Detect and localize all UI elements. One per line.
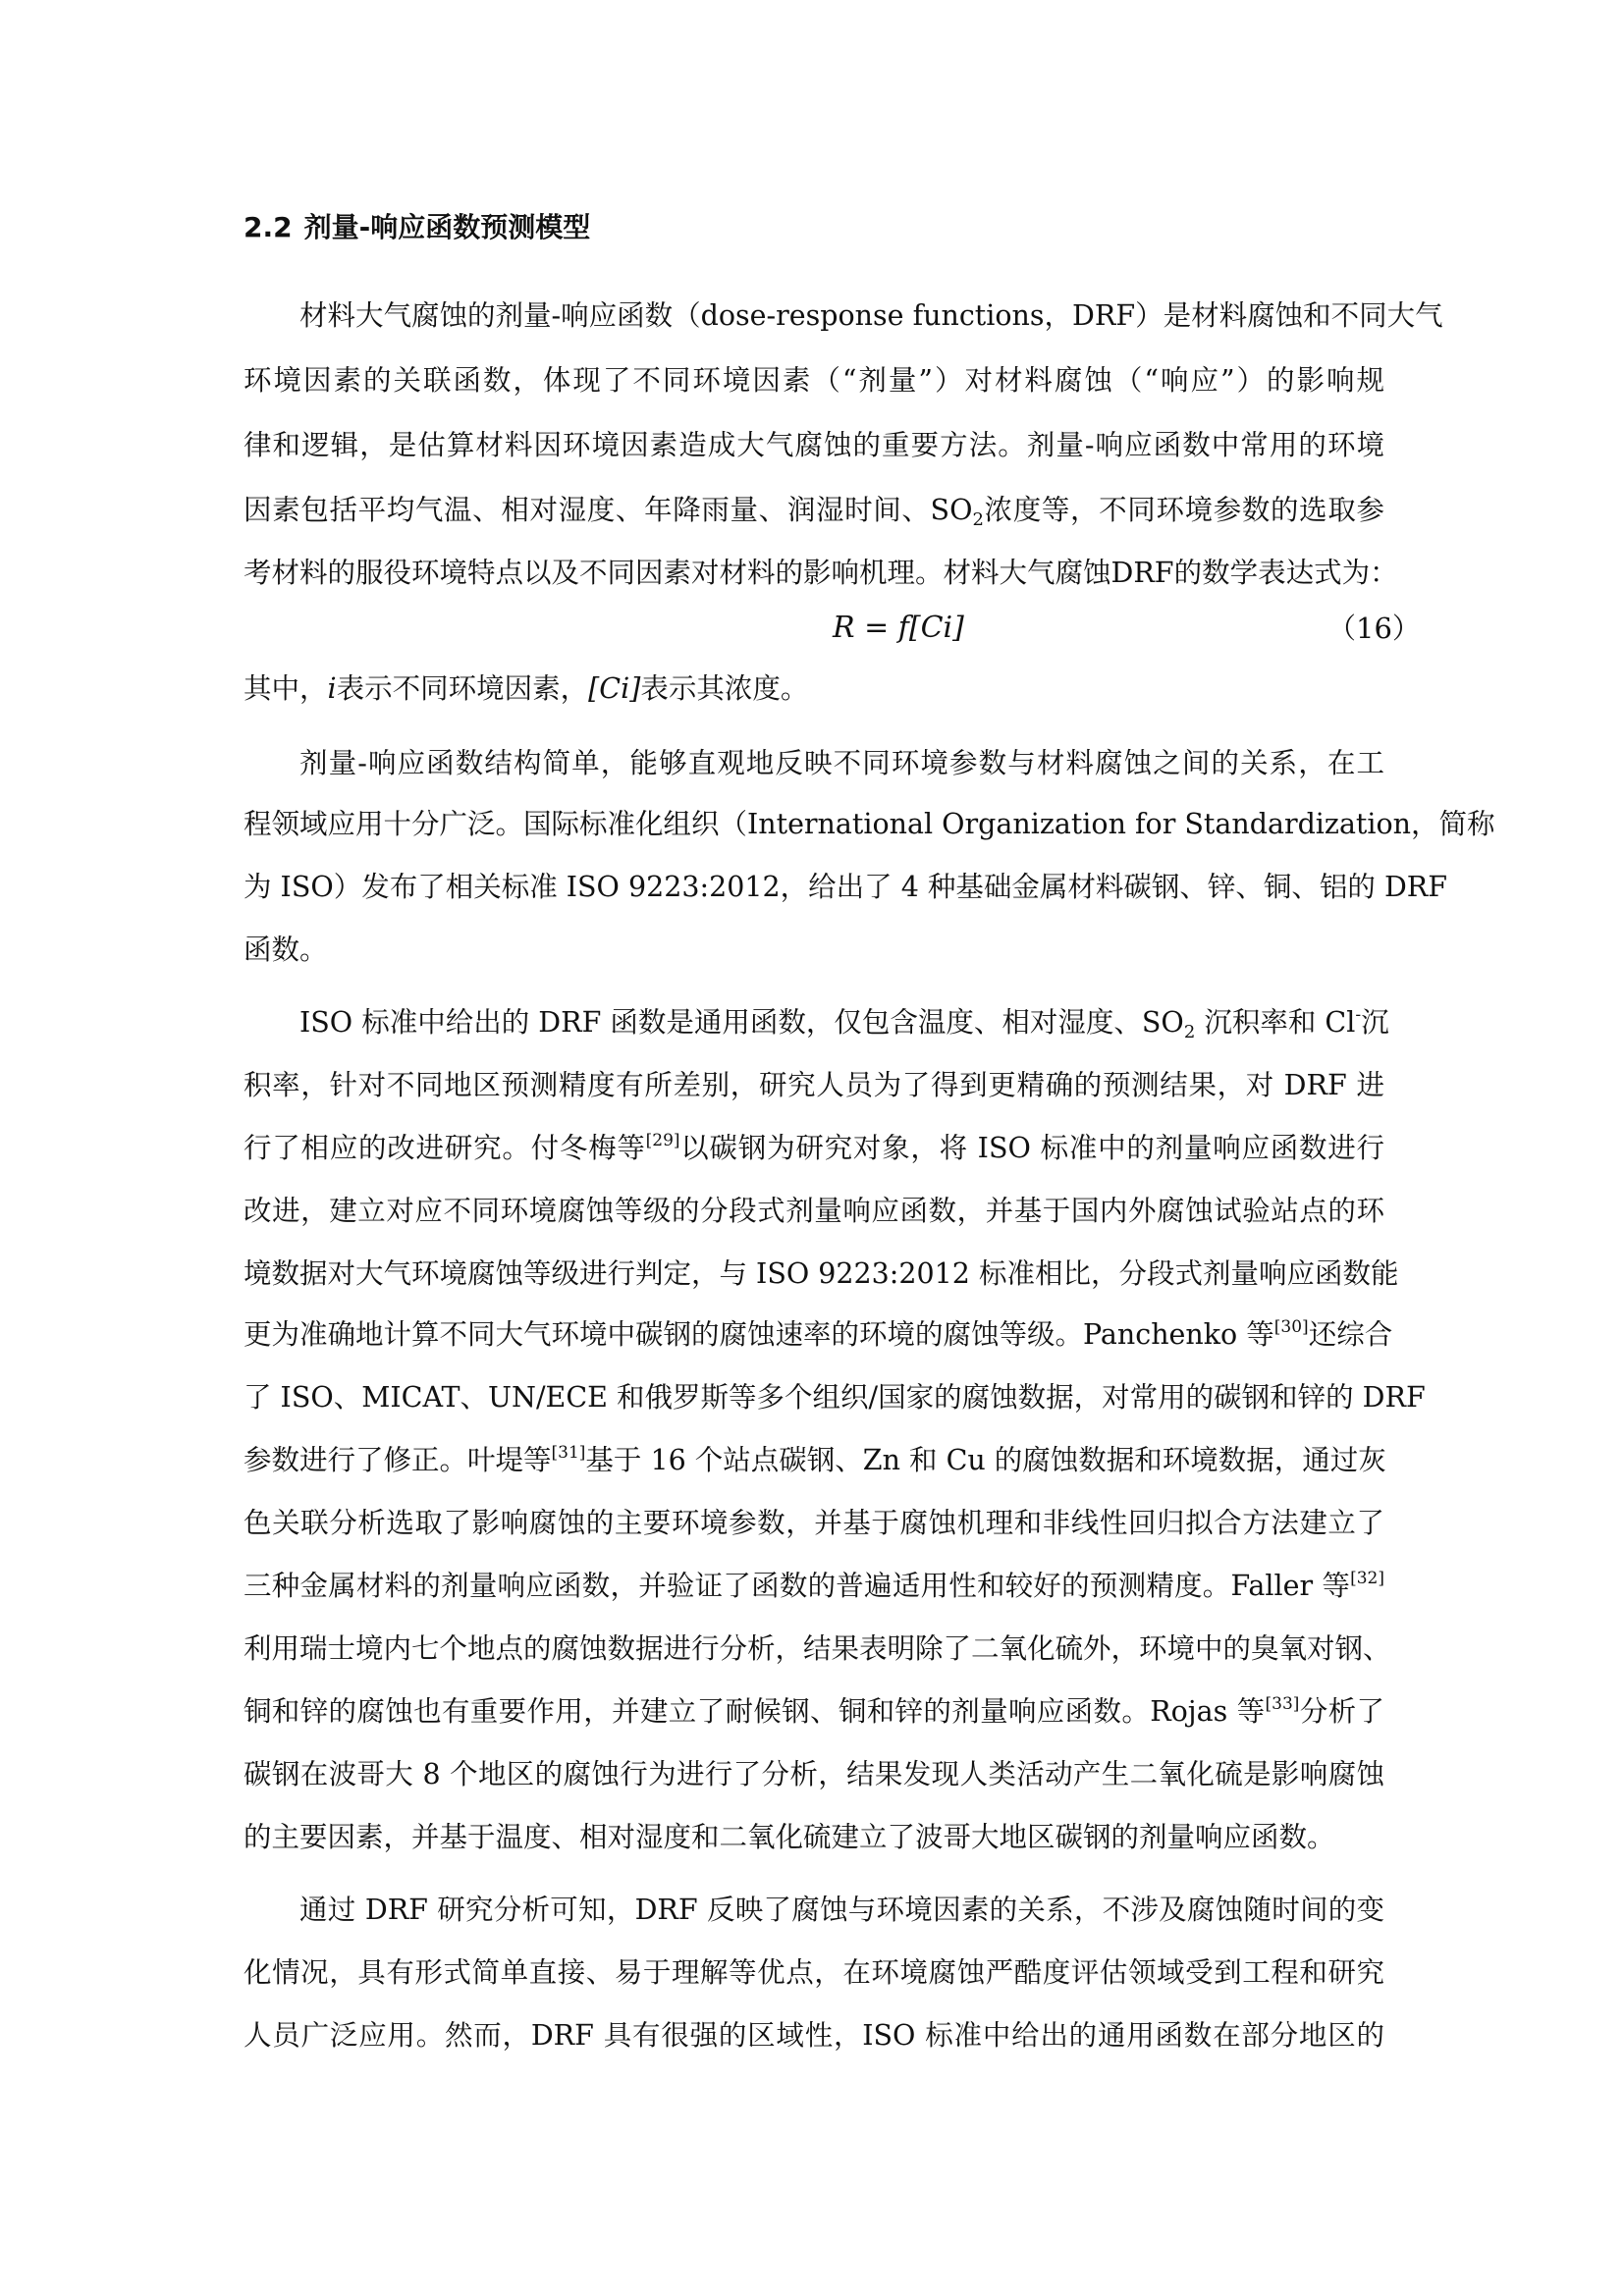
- paragraph-line: 铜和锌的腐蚀也有重要作用，并建立了耐候钢、铜和锌的剂量响应函数。Rojas 等[…: [244, 1692, 1384, 1732]
- text-run: 因素包括平均气温、相对湿度、年降雨量、润湿时间、SO: [244, 494, 972, 526]
- paragraph-line: 通过 DRF 研究分析可知，DRF 反映了腐蚀与环境因素的关系，不涉及腐蚀随时间…: [299, 1891, 1384, 1930]
- text-run: 三种金属材料的剂量响应函数，并验证了函数的普遍适用性和较好的预测精度。Falle…: [244, 1570, 1350, 1602]
- paragraph-line: 化情况，具有形式简单直接、易于理解等优点，在环境腐蚀严酷度评估领域受到工程和研究: [244, 1953, 1384, 1993]
- subscript: 2: [1184, 1022, 1195, 1042]
- text-run: 分析了: [1299, 1695, 1384, 1728]
- text-run: 表示其浓度。: [640, 672, 808, 705]
- citation-ref: [31]: [552, 1443, 586, 1463]
- paragraph-line: 函数。: [244, 931, 1384, 970]
- paragraph-line: 为 ISO）发布了相关标准 ISO 9223:2012，给出了 4 种基础金属材…: [244, 868, 1384, 907]
- text-run: 其中，: [244, 672, 328, 705]
- paragraph-line: 程领域应用十分广泛。国际标准化组织（International Organiza…: [244, 805, 1384, 844]
- text-run: ISO 标准中给出的 DRF 函数是通用函数，仅包含温度、相对湿度、SO: [299, 1006, 1184, 1039]
- text-run: 沉积率和 Cl: [1195, 1006, 1355, 1039]
- paragraph-line: 境数据对大气环境腐蚀等级进行判定，与 ISO 9223:2012 标准相比，分段…: [244, 1255, 1384, 1294]
- paragraph-line: 行了相应的改进研究。付冬梅等[29]以碳钢为研究对象，将 ISO 标准中的剂量响…: [244, 1129, 1384, 1168]
- paragraph-line: 的主要因素，并基于温度、相对湿度和二氧化硫建立了波哥大地区碳钢的剂量响应函数。: [244, 1818, 1384, 1857]
- paragraph-line: 考材料的服役环境特点以及不同因素对材料的影响机理。材料大气腐蚀DRF的数学表达式…: [244, 554, 1384, 593]
- paragraph-line: 三种金属材料的剂量响应函数，并验证了函数的普遍适用性和较好的预测精度。Falle…: [244, 1567, 1384, 1606]
- text-run: 表示不同环境因素，: [337, 672, 589, 705]
- section-heading: 2.2剂量-响应函数预测模型: [244, 208, 590, 247]
- equation-number: （16）: [1327, 609, 1421, 648]
- paragraph-line: 积率，针对不同地区预测精度有所差别，研究人员为了得到更精确的预测结果，对 DRF…: [244, 1066, 1384, 1105]
- subscript: 2: [972, 509, 983, 530]
- citation-ref: [32]: [1350, 1569, 1384, 1588]
- paragraph-line: 参数进行了修正。叶堤等[31]基于 16 个站点碳钢、Zn 和 Cu 的腐蚀数据…: [244, 1441, 1384, 1480]
- paragraph-line: 律和逻辑，是估算材料因环境因素造成大气腐蚀的重要方法。剂量-响应函数中常用的环境: [244, 426, 1384, 465]
- section-number: 2.2: [244, 211, 293, 243]
- equation-note: 其中，i表示不同环境因素，[Ci]表示其浓度。: [244, 669, 1384, 709]
- paragraph-line: ISO 标准中给出的 DRF 函数是通用函数，仅包含温度、相对湿度、SO2 沉积…: [299, 1003, 1384, 1042]
- text-run: 还综合: [1309, 1318, 1393, 1351]
- document-page: 2.2剂量-响应函数预测模型 材料大气腐蚀的剂量-响应函数（dose-respo…: [0, 0, 1624, 2296]
- paragraph-line: 环境因素的关联函数，体现了不同环境因素（“剂量”）对材料腐蚀（“响应”）的影响规: [244, 361, 1384, 400]
- text-run: 铜和锌的腐蚀也有重要作用，并建立了耐候钢、铜和锌的剂量响应函数。Rojas 等: [244, 1695, 1266, 1728]
- section-title: 剂量-响应函数预测模型: [304, 211, 591, 243]
- citation-ref: [33]: [1266, 1694, 1300, 1714]
- paragraph-line: 更为准确地计算不同大气环境中碳钢的腐蚀速率的环境的腐蚀等级。Panchenko …: [244, 1315, 1384, 1355]
- paragraph-line: 了 ISO、MICAT、UN/ECE 和俄罗斯等多个组织/国家的腐蚀数据，对常用…: [244, 1378, 1384, 1417]
- paragraph-line: 材料大气腐蚀的剂量-响应函数（dose-response functions，D…: [299, 296, 1384, 336]
- text-run: 以碳钢为研究对象，将 ISO 标准中的剂量响应函数进行: [680, 1132, 1384, 1164]
- paragraph-line: 因素包括平均气温、相对湿度、年降雨量、润湿时间、SO2浓度等，不同环境参数的选取…: [244, 491, 1384, 530]
- text-run: 参数进行了修正。叶堤等: [244, 1444, 552, 1476]
- text-run: 行了相应的改进研究。付冬梅等: [244, 1132, 646, 1164]
- paragraph-line: 剂量-响应函数结构简单，能够直观地反映不同环境参数与材料腐蚀之间的关系，在工: [299, 744, 1384, 783]
- paragraph-line: 利用瑞士境内七个地点的腐蚀数据进行分析，结果表明除了二氧化硫外，环境中的臭氧对钢…: [244, 1629, 1384, 1669]
- variable-i: i: [328, 672, 337, 705]
- text-run: 沉: [1361, 1006, 1389, 1039]
- variable-ci: [Ci]: [588, 672, 640, 705]
- text-run: 浓度等，不同环境参数的选取参: [984, 494, 1384, 526]
- text-run: 更为准确地计算不同大气环境中碳钢的腐蚀速率的环境的腐蚀等级。Panchenko …: [244, 1318, 1274, 1351]
- citation-ref: [30]: [1274, 1317, 1309, 1337]
- text-run: 基于 16 个站点碳钢、Zn 和 Cu 的腐蚀数据和环境数据，通过灰: [585, 1444, 1385, 1476]
- paragraph-line: 色关联分析选取了影响腐蚀的主要环境参数，并基于腐蚀机理和非线性回归拟合方法建立了: [244, 1504, 1384, 1543]
- paragraph-line: 人员广泛应用。然而，DRF 具有很强的区域性，ISO 标准中给出的通用函数在部分…: [244, 2016, 1384, 2056]
- paragraph-line: 碳钢在波哥大 8 个地区的腐蚀行为进行了分析，结果发现人类活动产生二氧化硫是影响…: [244, 1755, 1384, 1794]
- equation: R = f[Ci]: [833, 609, 964, 648]
- paragraph-line: 改进，建立对应不同环境腐蚀等级的分段式剂量响应函数，并基于国内外腐蚀试验站点的环: [244, 1192, 1384, 1231]
- citation-ref: [29]: [646, 1131, 680, 1150]
